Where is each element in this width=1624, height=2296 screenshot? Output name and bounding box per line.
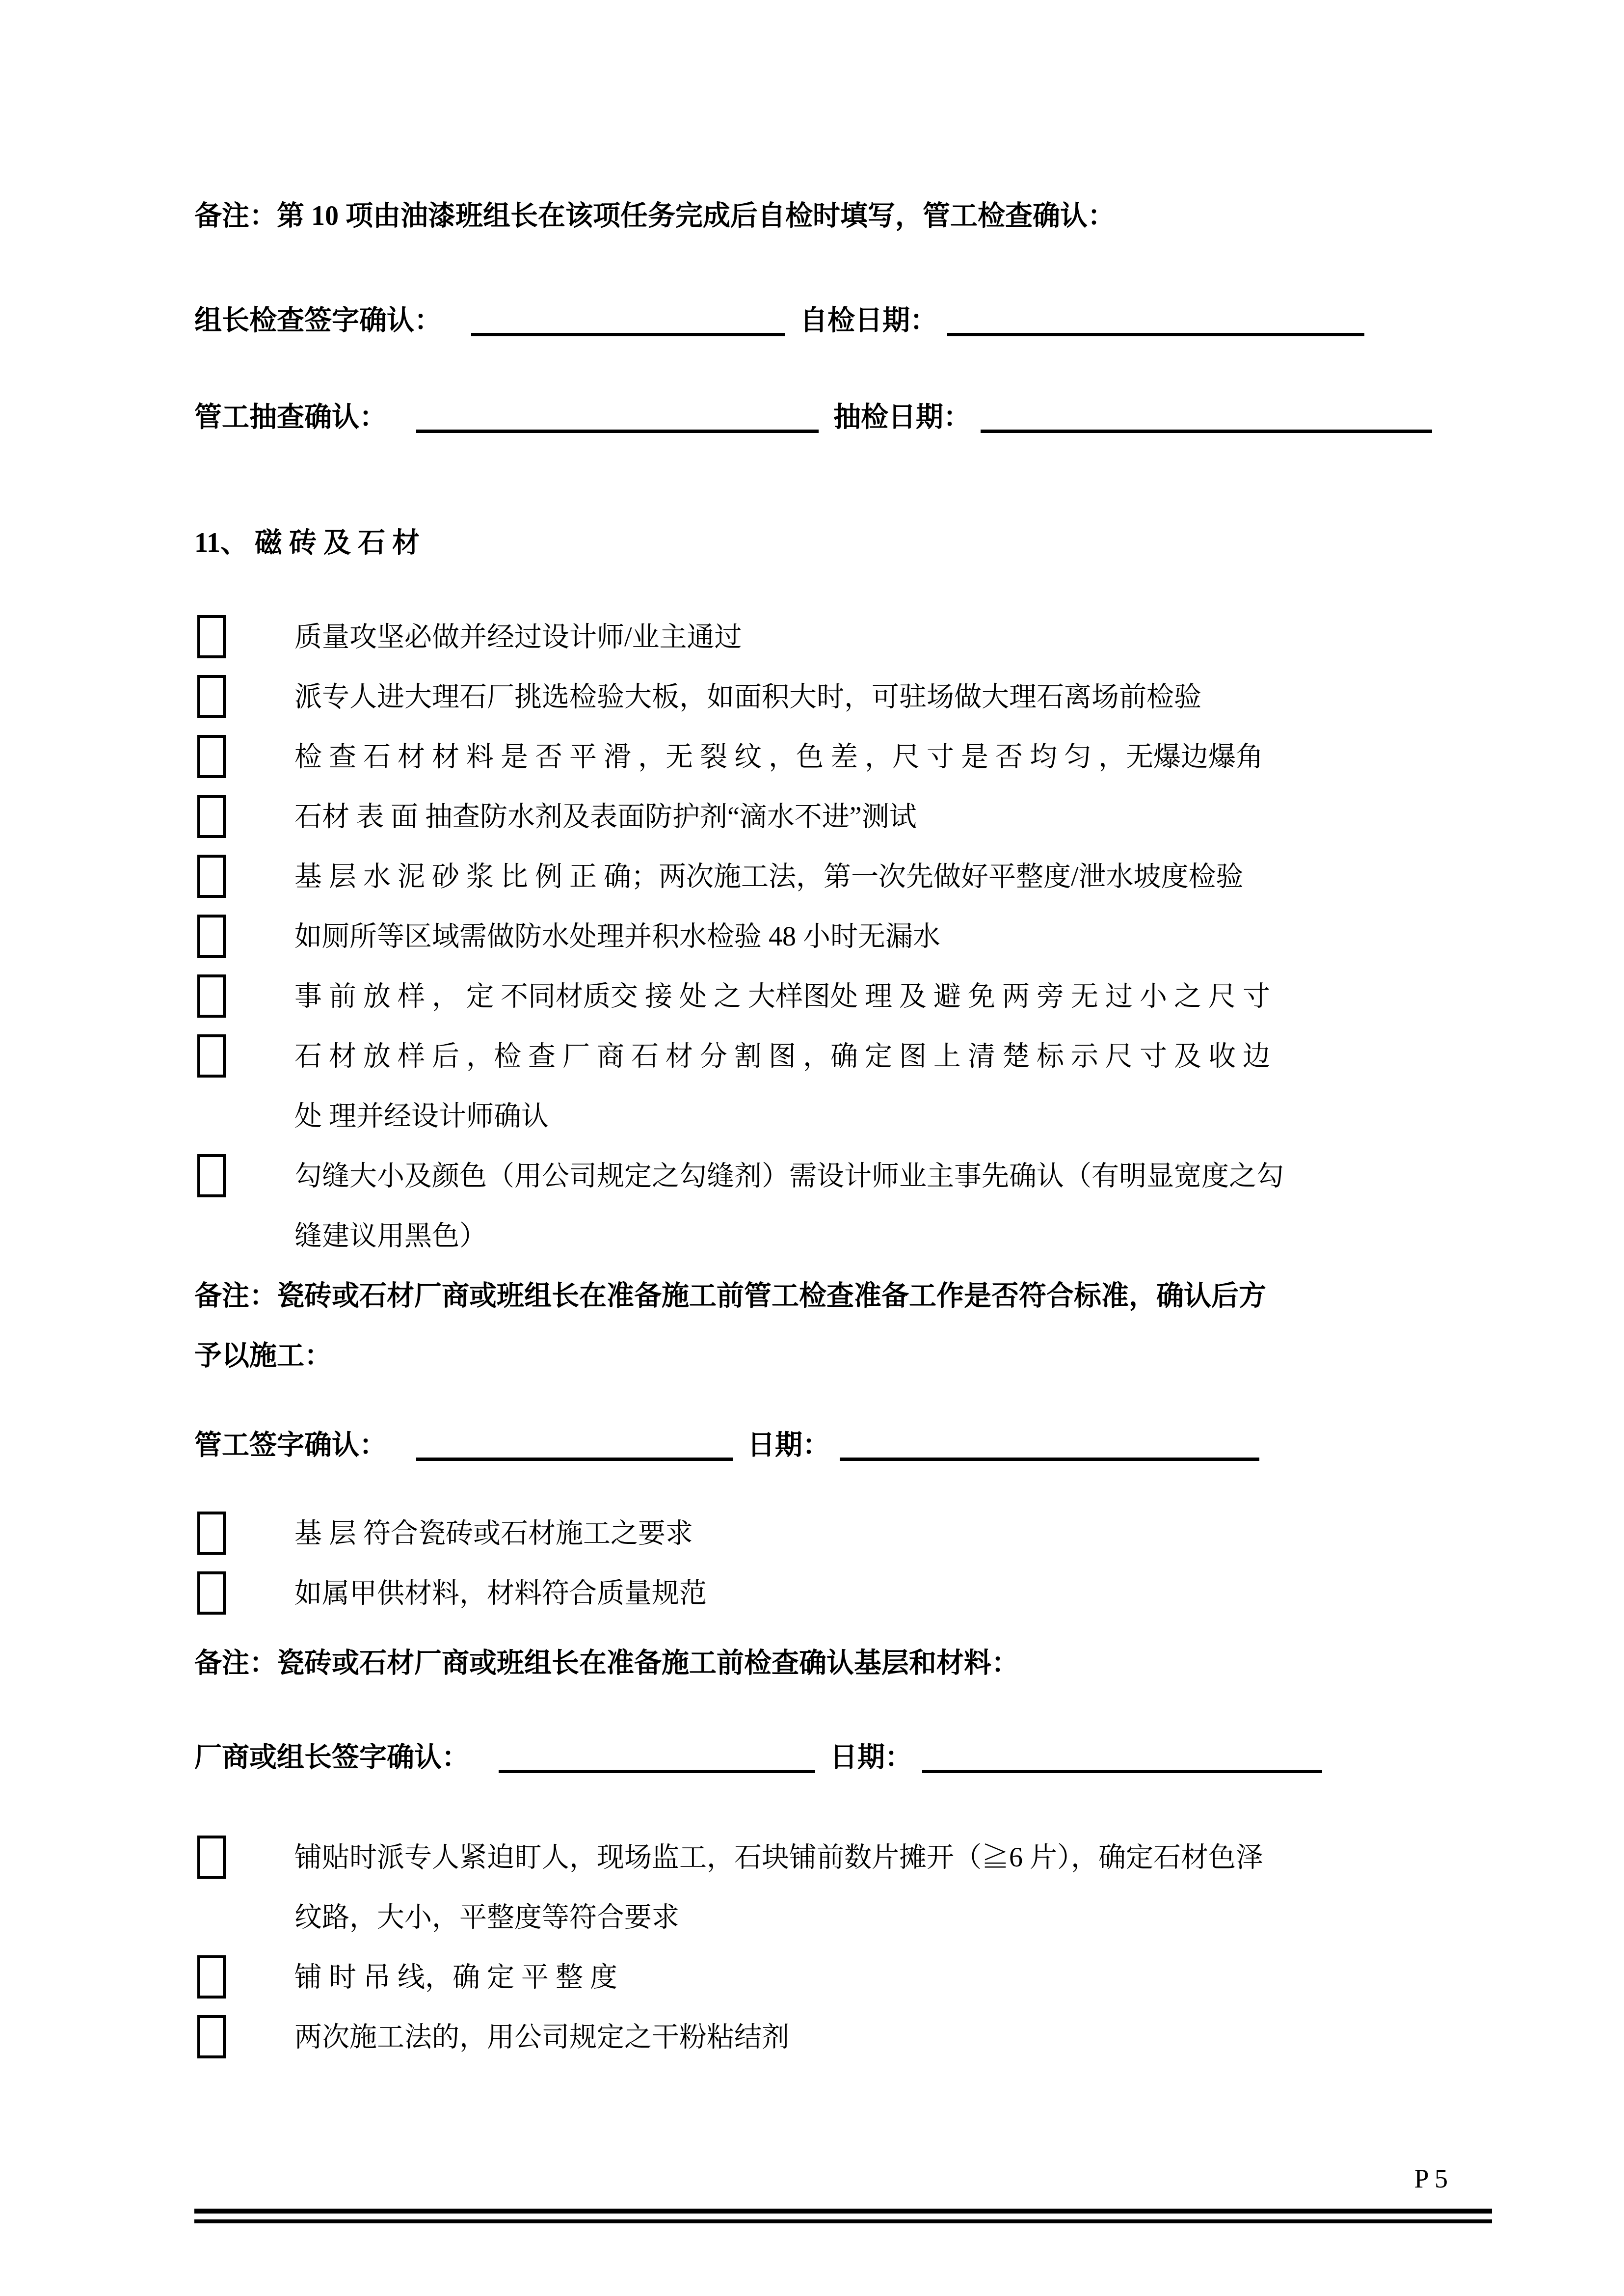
checkbox-icon[interactable] (197, 735, 226, 778)
checkbox-icon[interactable] (197, 855, 226, 898)
vendor-sign-label: 厂商或组长签字确认： (194, 1742, 469, 1773)
checklist-item-label: 石材 表 面 抽查防水剂及表面防护剂“滴水不进”测试 (294, 802, 917, 832)
page-content: 备注：第 10 项由油漆班组长在该项任务完成后自检时填写，管工检查确认： 组长检… (194, 0, 1494, 2067)
checkbox-icon[interactable] (197, 1571, 226, 1615)
checklist-item: 勾缝大小及颜色（用公司规定之勾缝剂）需设计师业主事先确认（有明显宽度之勾 缝建议… (194, 1146, 1494, 1266)
checklist-item-label: 检 查 石 材 材 料 是 否 平 滑 ，无 裂 纹 ，色 差 ，尺 寸 是 否… (294, 742, 1263, 772)
checklist-item: 铺贴时派专人紧迫盯人，现场监工，石块铺前数片摊开（≧6 片），确定石材色泽 纹路… (194, 1828, 1494, 1947)
checklist-item: 石 材 放 样 后 ，检 查 厂 商 石 材 分 割 图 ，确 定 图 上 清 … (194, 1026, 1494, 1146)
checkbox-icon[interactable] (197, 1512, 226, 1555)
checklist-item-label: 如属甲供材料，材料符合质量规范 (294, 1578, 707, 1609)
checklist-item: 检 查 石 材 材 料 是 否 平 滑 ，无 裂 纹 ，色 差 ，尺 寸 是 否… (194, 727, 1494, 787)
tile-stone-checklist: 质量攻坚必做并经过设计师/业主通过 派专人进大理石厂挑选检验大板，如面积大时，可… (194, 607, 1494, 1266)
leader-check-label: 组长检查签字确认： (194, 305, 442, 336)
leader-signature-field[interactable] (471, 305, 785, 336)
document-page: 备注：第 10 项由油漆班组长在该项任务完成后自检时填写，管工检查确认： 组长检… (0, 0, 1624, 2296)
spot-check-date-label: 抽检日期： (833, 402, 971, 432)
signature-row-pipe-spot-check: 管工抽查确认：抽检日期： (194, 387, 1494, 447)
checkbox-icon[interactable] (197, 915, 226, 958)
note-base-material-check: 备注：瓷砖或石材厂商或班组长在准备施工前检查确认基层和材料： (194, 1633, 1494, 1693)
self-check-date-field[interactable] (947, 305, 1364, 336)
checklist-item: 如厕所等区域需做防水处理并积水检验 48 小时无漏水 (194, 907, 1494, 967)
section-11-heading: 11、 磁 砖 及 石 材 (194, 513, 1494, 573)
checkbox-icon[interactable] (197, 675, 226, 718)
pipe-sign-date-field[interactable] (840, 1430, 1259, 1461)
signature-row-vendor-sign: 厂商或组长签字确认：日期： (194, 1728, 1494, 1787)
pipe-spot-label: 管工抽查确认： (194, 402, 387, 432)
checklist-item-label: 质量攻坚必做并经过设计师/业主通过 (294, 622, 742, 652)
page-number: P 5 (194, 2149, 1492, 2209)
checklist-item: 基 层 符合瓷砖或石材施工之要求 (194, 1504, 1494, 1564)
checkbox-icon[interactable] (197, 1955, 226, 1999)
signature-row-pipe-sign: 管工签字确认：日期： (194, 1415, 1494, 1475)
checklist-item-label: 石 材 放 样 后 ，检 查 厂 商 石 材 分 割 图 ，确 定 图 上 清 … (294, 1041, 1270, 1132)
vendor-sign-date-label: 日期： (830, 1742, 912, 1773)
base-material-checklist: 基 层 符合瓷砖或石材施工之要求 如属甲供材料，材料符合质量规范 (194, 1504, 1494, 1623)
checklist-item: 基 层 水 泥 砂 浆 比 例 正 确；两次施工法，第一次先做好平整度/泄水坡度… (194, 847, 1494, 907)
checklist-item-label: 基 层 水 泥 砂 浆 比 例 正 确；两次施工法，第一次先做好平整度/泄水坡度… (294, 862, 1244, 892)
checkbox-icon[interactable] (197, 795, 226, 838)
pipe-signature-field[interactable] (416, 1430, 733, 1461)
checklist-item-label: 事 前 放 样 ， 定 不同材质交 接 处 之 大样图处 理 及 避 免 两 旁… (294, 981, 1270, 1012)
signature-row-leader-check: 组长检查签字确认：自检日期： (194, 291, 1494, 351)
checkbox-icon[interactable] (197, 2015, 226, 2058)
checklist-item-label: 两次施工法的，用公司规定之干粉粘结剂 (294, 2022, 789, 2053)
checklist-item-label: 如厕所等区域需做防水处理并积水检验 48 小时无漏水 (294, 921, 940, 952)
checklist-item: 如属甲供材料，材料符合质量规范 (194, 1564, 1494, 1623)
checklist-item: 两次施工法的，用公司规定之干粉粘结剂 (194, 2007, 1494, 2067)
checkbox-icon[interactable] (197, 1154, 226, 1197)
checklist-item-label: 铺 时 吊 线，确 定 平 整 度 (294, 1962, 617, 1993)
checkbox-icon[interactable] (197, 1836, 226, 1879)
checkbox-icon[interactable] (197, 615, 226, 658)
checklist-item: 石材 表 面 抽查防水剂及表面防护剂“滴水不进”测试 (194, 787, 1494, 847)
checklist-item: 质量攻坚必做并经过设计师/业主通过 (194, 607, 1494, 667)
checklist-item-label: 铺贴时派专人紧迫盯人，现场监工，石块铺前数片摊开（≧6 片），确定石材色泽 纹路… (294, 1842, 1263, 1933)
checkbox-icon[interactable] (197, 974, 226, 1018)
vendor-signature-field[interactable] (499, 1742, 815, 1773)
self-check-date-label: 自检日期： (800, 305, 937, 336)
checklist-item: 铺 时 吊 线，确 定 平 整 度 (194, 1947, 1494, 2007)
checklist-item-label: 基 层 符合瓷砖或石材施工之要求 (294, 1518, 693, 1549)
pipe-spot-signature-field[interactable] (416, 402, 819, 433)
pipe-sign-label: 管工签字确认： (194, 1430, 387, 1460)
checklist-item: 事 前 放 样 ， 定 不同材质交 接 处 之 大样图处 理 及 避 免 两 旁… (194, 967, 1494, 1026)
pipe-sign-date-label: 日期： (747, 1430, 830, 1460)
spot-check-date-field[interactable] (981, 402, 1432, 433)
checkbox-icon[interactable] (197, 1034, 226, 1078)
note-paint-self-check: 备注：第 10 项由油漆班组长在该项任务完成后自检时填写，管工检查确认： (194, 186, 1494, 246)
note-prepare-construction: 备注：瓷砖或石材厂商或班组长在准备施工前管工检查准备工作是否符合标准，确认后方 … (194, 1266, 1494, 1386)
checklist-item-label: 派专人进大理石厂挑选检验大板，如面积大时，可驻场做大理石离场前检验 (294, 682, 1201, 712)
checklist-item: 派专人进大理石厂挑选检验大板，如面积大时，可驻场做大理石离场前检验 (194, 667, 1494, 727)
vendor-sign-date-field[interactable] (922, 1742, 1322, 1773)
footer-double-rule (194, 2209, 1492, 2223)
laying-checklist: 铺贴时派专人紧迫盯人，现场监工，石块铺前数片摊开（≧6 片），确定石材色泽 纹路… (194, 1828, 1494, 2067)
checklist-item-label: 勾缝大小及颜色（用公司规定之勾缝剂）需设计师业主事先确认（有明显宽度之勾 缝建议… (294, 1161, 1284, 1251)
